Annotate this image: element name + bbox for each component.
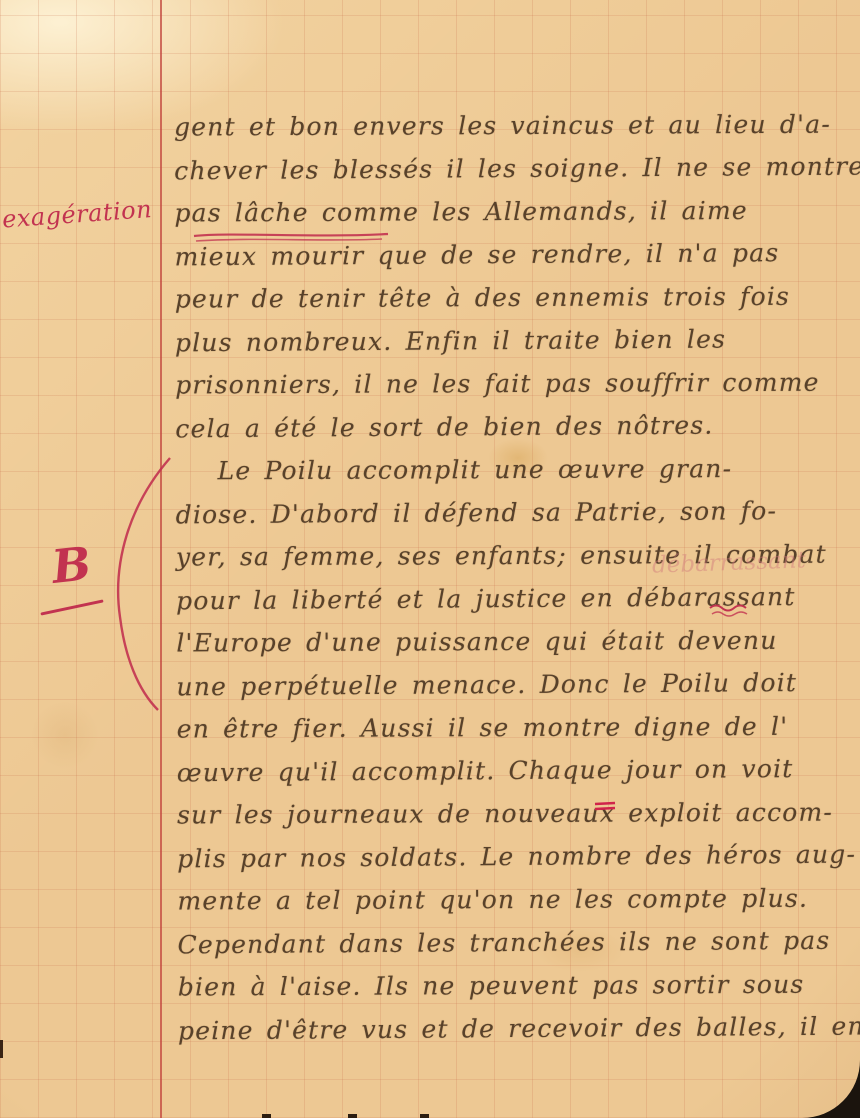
- manuscript-line: peine d'être vus et de recevoir des ball…: [178, 1005, 854, 1053]
- manuscript-lines: gent et bon envers les vaincus et au lie…: [174, 103, 854, 1052]
- manuscript-line: pour la liberté et la justice en débaras…: [176, 575, 852, 623]
- manuscript-line: prisonniers, il ne les fait pas souffrir…: [175, 361, 851, 407]
- manuscript-line: cela a été le sort de bien des nôtres.: [175, 403, 851, 451]
- red-margin-rule: [160, 0, 162, 1118]
- manuscript-line: Cependant dans les tranchées ils ne sont…: [177, 919, 853, 967]
- teacher-grade: B: [49, 536, 93, 594]
- manuscript-line: chever les blessés il les soigne. Il ne …: [174, 145, 850, 193]
- page-edge-mark: [420, 1114, 429, 1118]
- manuscript-line: en être fier. Aussi il se montre digne d…: [177, 705, 853, 751]
- manuscript-line: œuvre qu'il accomplit. Chaque jour on vo…: [177, 747, 853, 795]
- manuscript-line: mente a tel point qu'on ne les compte pl…: [177, 877, 853, 923]
- manuscript-line: bien à l'aise. Ils ne peuvent pas sortir…: [178, 963, 854, 1009]
- notebook-page: gent et bon envers les vaincus et au lie…: [0, 0, 860, 1118]
- manuscript-line: Le Poilu accomplit une œuvre gran-: [175, 447, 851, 493]
- manuscript-line: gent et bon envers les vaincus et au lie…: [174, 103, 850, 149]
- manuscript-line: plis par nos soldats. Le nombre des héro…: [177, 833, 853, 881]
- page-edge-mark: [0, 1040, 3, 1058]
- manuscript-line: sur les journeaux de nouveaux exploit ac…: [177, 791, 853, 837]
- teacher-margin-note: exagération: [1, 195, 161, 234]
- page-edge-mark: [262, 1114, 271, 1118]
- manuscript-line: une perpétuelle menace. Donc le Poilu do…: [176, 661, 852, 709]
- manuscript-line: diose. D'abord il défend sa Patrie, son …: [176, 489, 852, 537]
- red-brace-mark: [104, 452, 182, 720]
- paper-stain: [20, 690, 110, 780]
- manuscript-line: pas lâche comme les Allemands, il aime: [174, 189, 850, 235]
- manuscript-line: plus nombreux. Enfin il traite bien les: [175, 317, 851, 365]
- manuscript-line: mieux mourir que de se rendre, il n'a pa…: [174, 231, 850, 279]
- grade-underline-mark: [40, 599, 103, 615]
- manuscript-line: l'Europe d'une puissance qui était deven…: [176, 619, 852, 665]
- manuscript-line: peur de tenir tête à des ennemis trois f…: [175, 275, 851, 321]
- page-edge-mark: [348, 1114, 357, 1118]
- ghost-correction-text: débarrassant: [652, 547, 807, 578]
